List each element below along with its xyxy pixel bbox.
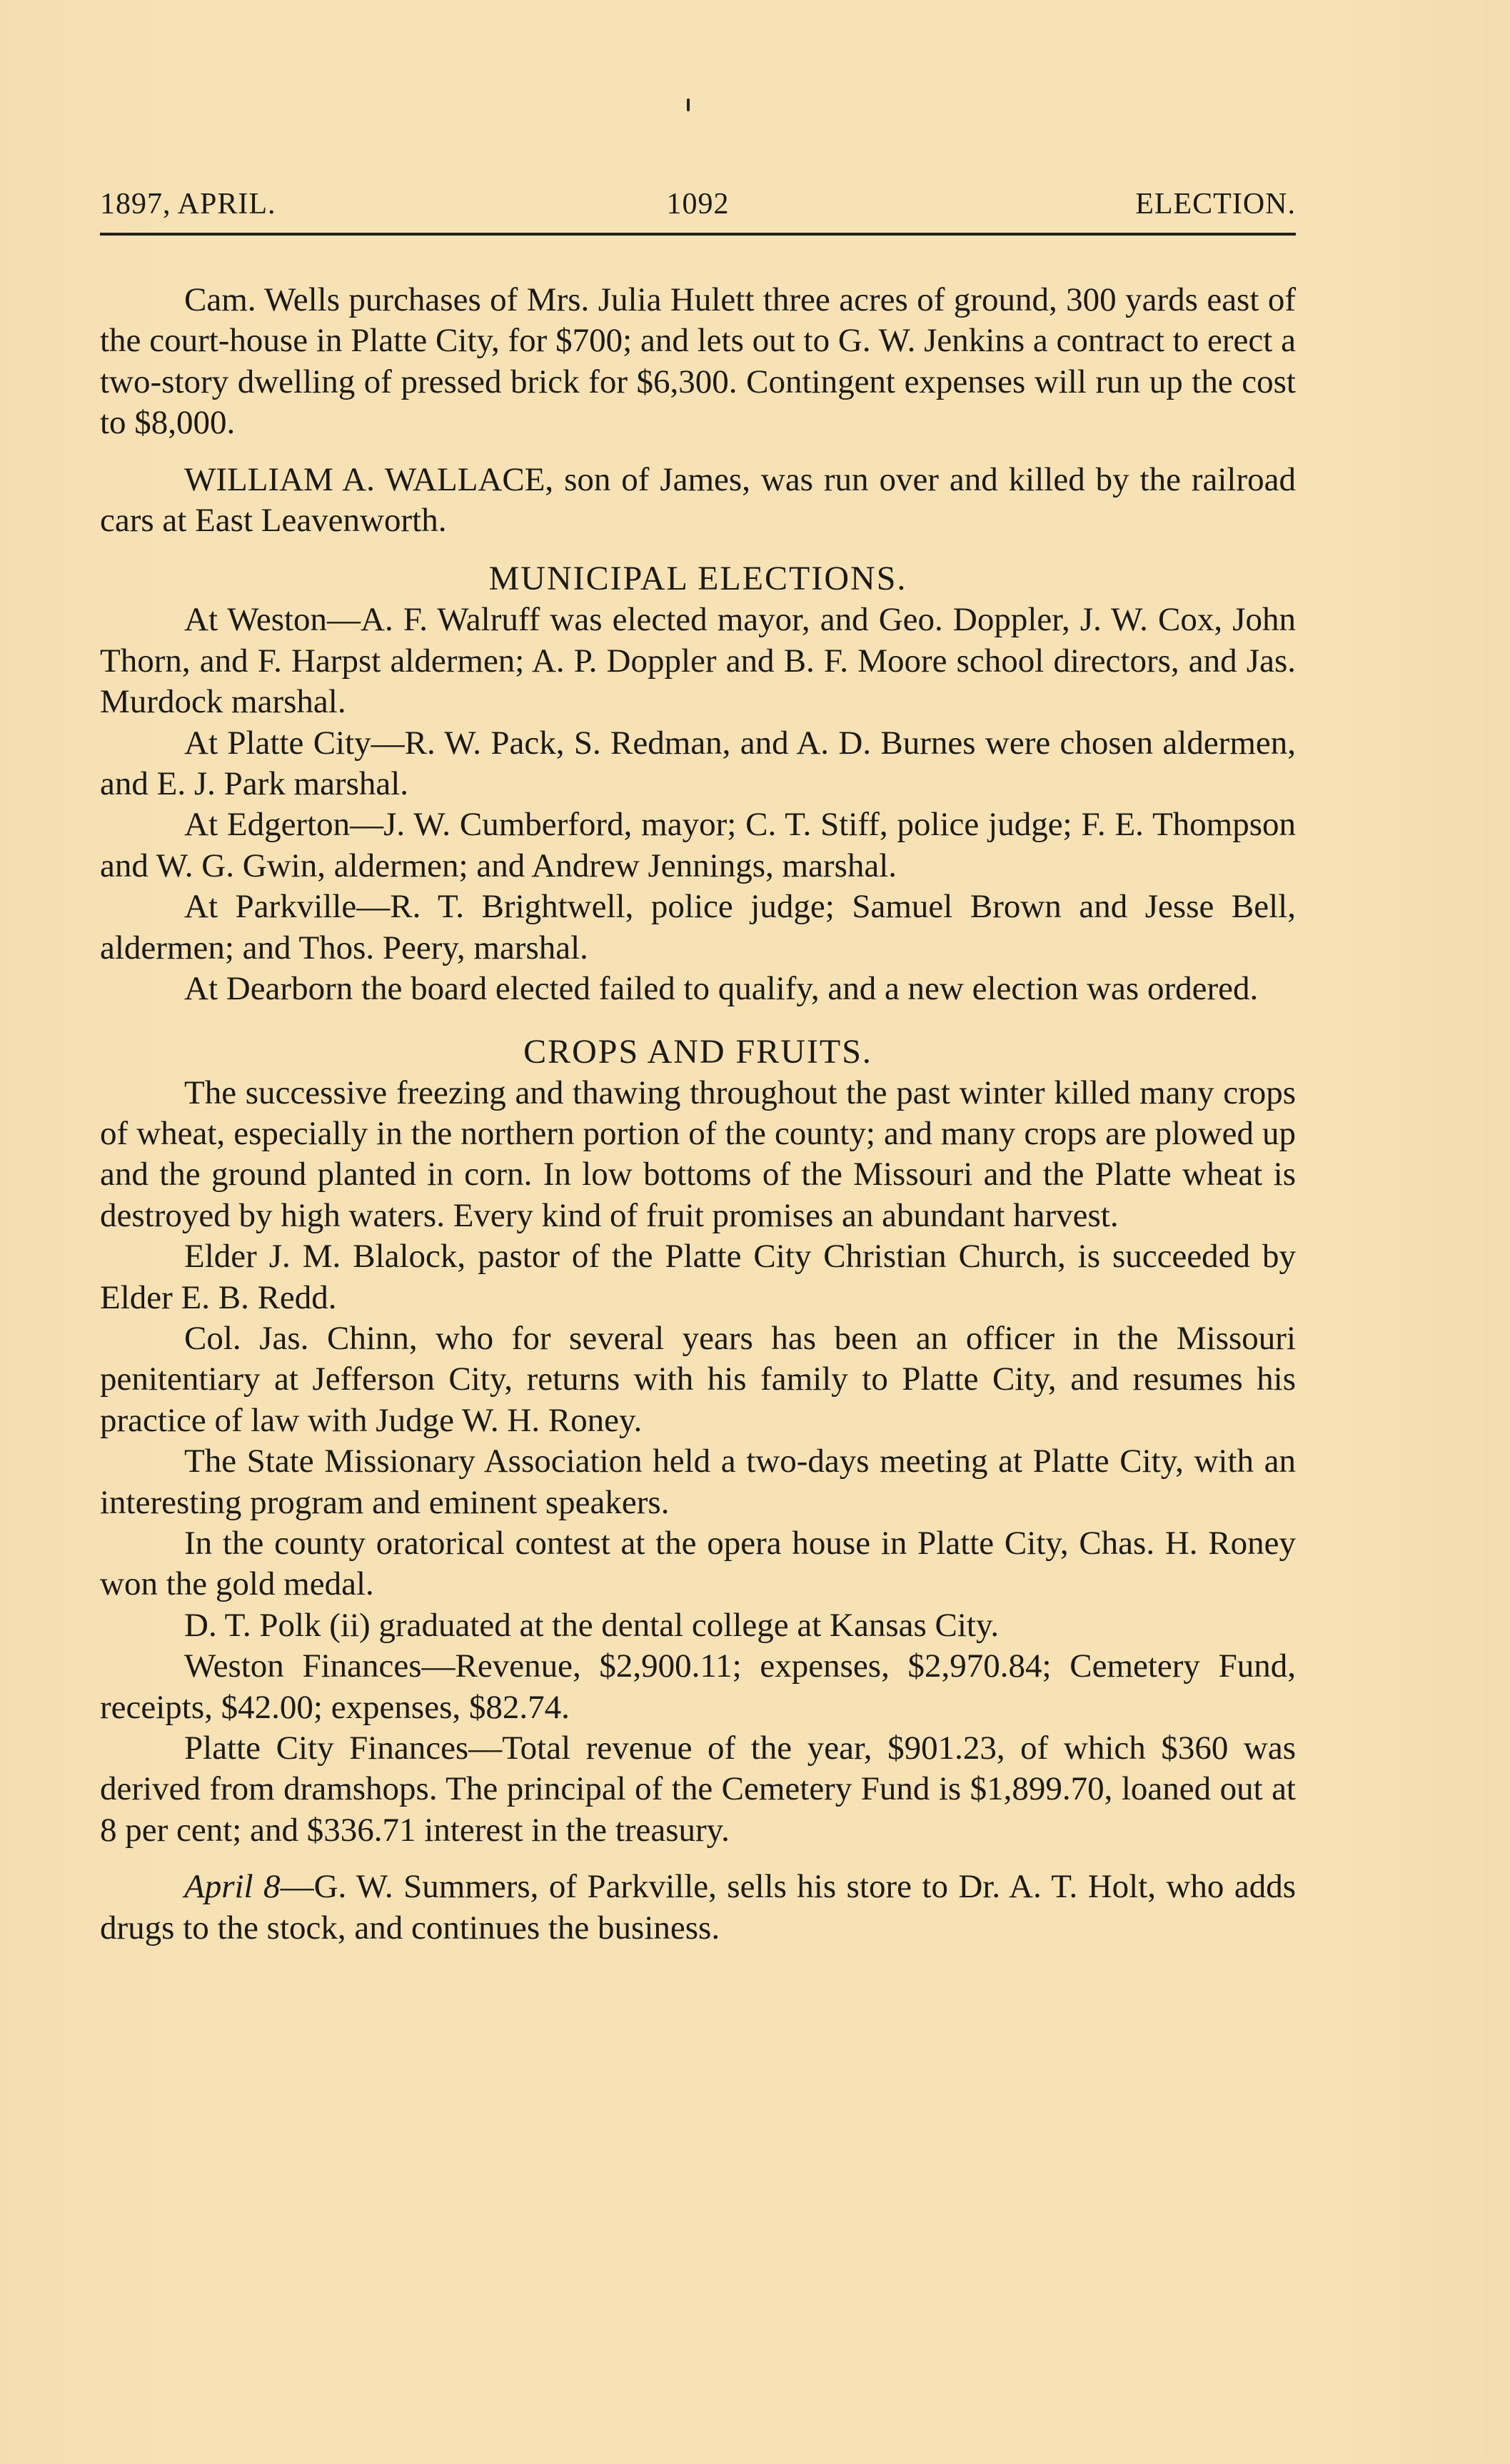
paragraph-wallace-death: WILLIAM A. WALLACE, son of James, was ru… [100, 460, 1296, 542]
page-number: 1092 [100, 184, 1296, 224]
paragraph-chinn-return: Col. Jas. Chinn, who for several years h… [100, 1318, 1296, 1441]
paragraph-crops-report: The successive freezing and thawing thro… [100, 1073, 1296, 1237]
text-column: Cam. Wells purchases of Mrs. Julia Hulet… [100, 280, 1296, 1949]
running-head: 1897, APRIL. 1092 ELECTION. [100, 184, 1296, 224]
paragraph-edgerton-election: At Edgerton—J. W. Cumberford, mayor; C. … [100, 804, 1296, 887]
paragraph-polk-graduation: D. T. Polk (ii) graduated at the dental … [100, 1605, 1296, 1646]
paragraph-parkville-election: At Parkville—R. T. Brightwell, police ju… [100, 887, 1296, 969]
running-head-section: ELECTION. [1135, 184, 1296, 224]
paragraph-weston-finances: Weston Finances—Revenue, $2,900.11; expe… [100, 1646, 1296, 1728]
section-heading-crops-and-fruits: CROPS AND FRUITS. [100, 1031, 1296, 1073]
paragraph-platte-city-election: At Platte City—R. W. Pack, S. Redman, an… [100, 723, 1296, 805]
section-heading-municipal-elections: MUNICIPAL ELECTIONS. [100, 558, 1296, 600]
paragraph-blalock-succession: Elder J. M. Blalock, pastor of the Platt… [100, 1236, 1296, 1318]
paragraph-dearborn-election: At Dearborn the board elected failed to … [100, 969, 1296, 1009]
paragraph-wells-purchase: Cam. Wells purchases of Mrs. Julia Hulet… [100, 280, 1296, 444]
ink-speck-mark [687, 99, 690, 111]
header-rule [100, 233, 1296, 236]
paragraph-platte-city-finances: Platte City Finances—Total revenue of th… [100, 1728, 1296, 1851]
entry-date: April 8 [184, 1868, 281, 1905]
paragraph-oratorical-contest: In the county oratorical contest at the … [100, 1523, 1296, 1605]
paragraph-missionary-meeting: The State Missionary Association held a … [100, 1441, 1296, 1523]
paragraph-weston-election: At Weston—A. F. Walruff was elected mayo… [100, 600, 1296, 722]
paragraph-summers-sale: April 8—G. W. Summers, of Parkville, sel… [100, 1867, 1296, 1949]
